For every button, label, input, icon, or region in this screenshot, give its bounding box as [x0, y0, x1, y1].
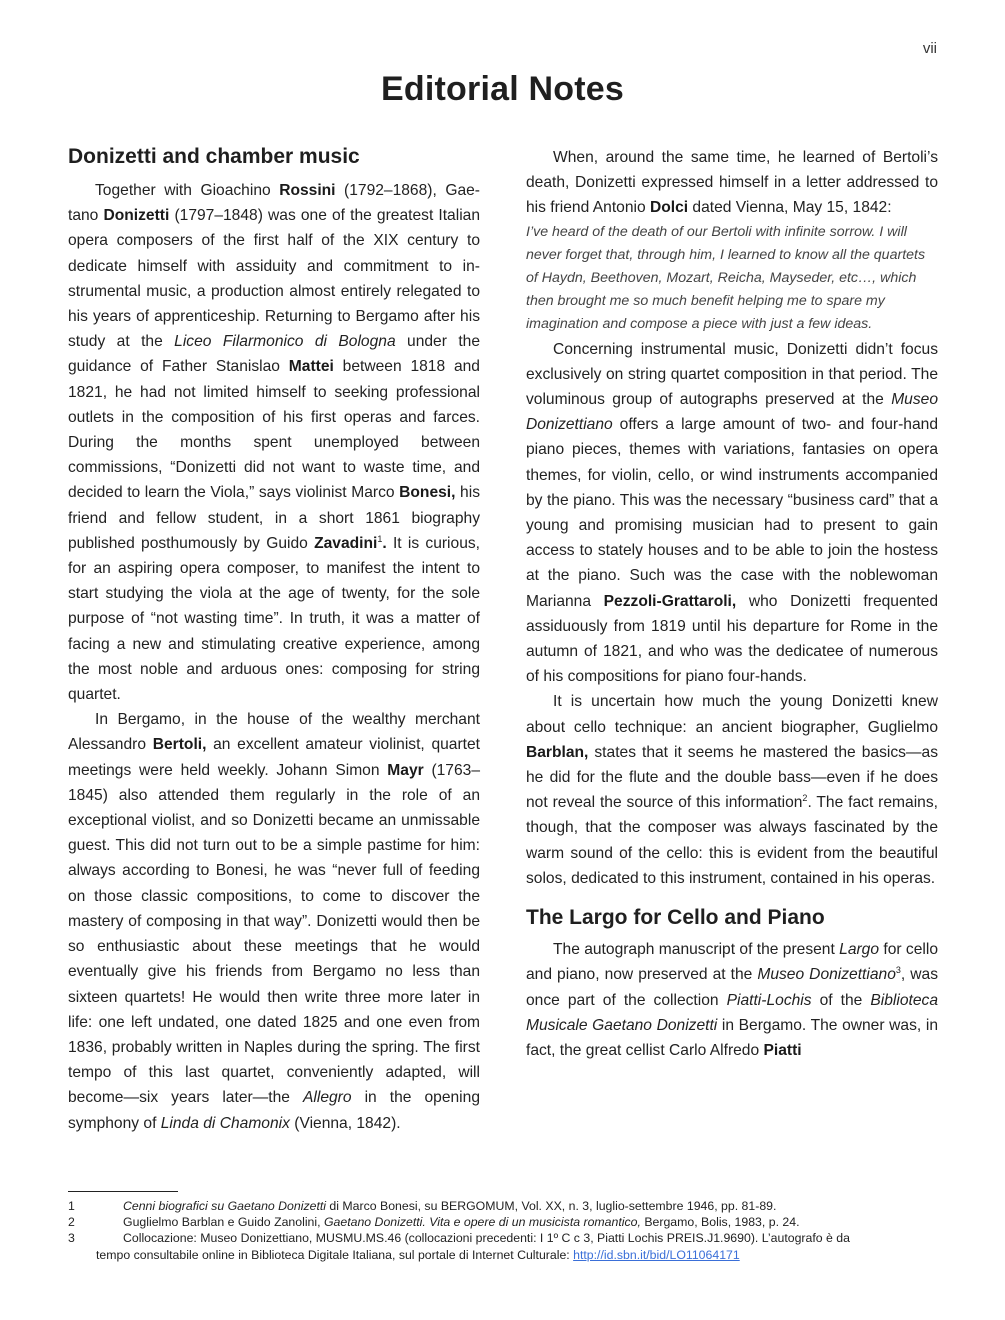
internet-culturale-link[interactable]: http://id.sbn.it/bid/LO11064171 — [573, 1248, 740, 1262]
paragraph-6: The autograph manuscript of the present … — [526, 937, 938, 1063]
paragraph-3: When, around the same time, he learned o… — [526, 145, 938, 221]
page-title: Editorial Notes — [0, 70, 1005, 109]
footnotes: 1Cenni biografici su Gaetano Donizetti d… — [68, 1191, 948, 1263]
paragraph-1: Together with Gioachino Rossini (1792–18… — [68, 178, 480, 707]
section-heading-chamber-music: Donizetti and chamber music — [68, 142, 480, 172]
section-heading-largo: The Largo for Cello and Piano — [526, 903, 938, 933]
paragraph-5: It is uncertain how much the young Doniz… — [526, 689, 938, 891]
footnote-2: 2Guglielmo Barblan e Guido Zanolini, Gae… — [68, 1214, 948, 1230]
right-column: When, around the same time, he learned o… — [526, 145, 938, 1063]
footnote-3: 3Collocazione: Museo Donizettiano, MUSMU… — [68, 1230, 948, 1246]
footnote-3-continuation: tempo consultabile online in Biblioteca … — [68, 1247, 948, 1263]
paragraph-2: In Bergamo, in the house of the wealthy … — [68, 707, 480, 1135]
letter-quote: I’ve heard of the death of our Bertoli w… — [526, 221, 938, 337]
left-column: Donizetti and chamber music Together wit… — [68, 142, 480, 1136]
footnote-divider — [68, 1191, 178, 1192]
paragraph-4: Concerning instrumental music, Donizetti… — [526, 337, 938, 690]
page-number: vii — [923, 40, 937, 57]
footnote-1: 1Cenni biografici su Gaetano Donizetti d… — [68, 1198, 948, 1214]
